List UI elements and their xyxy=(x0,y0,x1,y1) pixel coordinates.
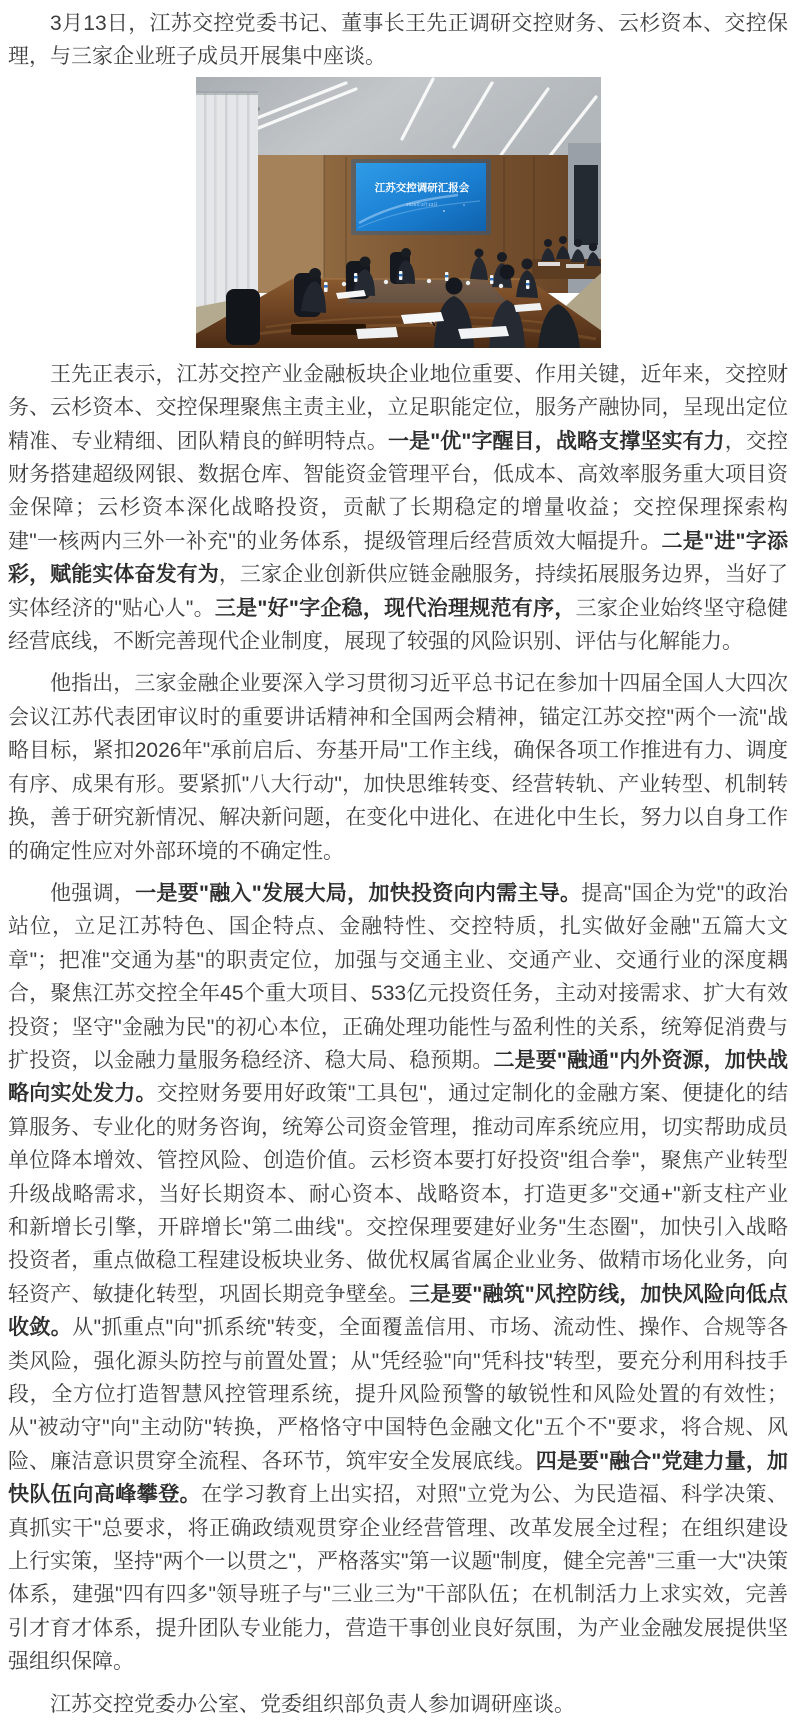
chair xyxy=(226,289,260,345)
paragraph-remarks: 王先正表示，江苏交控产业金融板块企业地位重要、作用关键，近年来，交控财务、云杉资… xyxy=(8,358,788,659)
window-curtain xyxy=(196,91,258,307)
meeting-photo-illustration: 江苏交控调研汇报会 2026年3月13日 xyxy=(196,77,601,348)
papers-on-credenza xyxy=(538,262,560,266)
text-run: 江苏交控党委办公室、党委组织部负责人参加调研座谈。 xyxy=(50,1693,575,1716)
emphasis-run: 三是"好"字企稳，现代治理规范有序， xyxy=(215,597,576,620)
paragraph-pointed-out: 他指出，三家金融企业要深入学习贯彻习近平总书记在参加十四届全国人大四次会议江苏代… xyxy=(8,667,788,867)
emphasis-run: 一是"优"字醒目，战略支撑坚实有力 xyxy=(388,430,725,453)
paragraph-intro: 3月13日，江苏交控党委书记、董事长王先正调研交控财务、云杉资本、交控保理，与三… xyxy=(8,7,788,74)
paragraph-closing: 江苏交控党委办公室、党委组织部负责人参加调研座谈。 xyxy=(8,1688,788,1721)
table-vent xyxy=(291,324,366,335)
presentation-screen: 江苏交控调研汇报会 2026年3月13日 xyxy=(351,159,491,235)
emphasis-run: 一是要"融入"发展大局，加快投资向内需主导。 xyxy=(135,882,581,905)
article-page: 3月13日，江苏交控党委书记、董事长王先正调研交控财务、云杉资本、交控保理，与三… xyxy=(0,0,796,1727)
text-run: 提高"国企为党"的政治站位，立足江苏特色、国企特点、金融特性、交控特质，扎实做好… xyxy=(8,882,788,1072)
text-run: 他指出，三家金融企业要深入学习贯彻习近平总书记在参加十四届全国人大四次会议江苏代… xyxy=(8,672,788,862)
paragraph-emphasized: 他强调，一是要"融入"发展大局，加快投资向内需主导。提高"国企为党"的政治站位，… xyxy=(8,877,788,1679)
text-run: 3月13日，江苏交控党委书记、董事长王先正调研交控财务、云杉资本、交控保理，与三… xyxy=(8,12,788,68)
text-run: 他强调， xyxy=(50,882,135,905)
text-run: 交控财务要用好政策"工具包"，通过定制化的金融方案、便捷化的结算服务、专业化的财… xyxy=(8,1082,788,1305)
person-head xyxy=(309,268,321,280)
screen-title: 江苏交控调研汇报会 xyxy=(373,181,469,194)
text-run: 在学习教育上出实招，对照"立党为公、为民造福、科学决策、真抓实干"总要求，将正确… xyxy=(8,1483,788,1673)
wall-glass-panel xyxy=(574,165,598,245)
screen-date: 2026年3月13日 xyxy=(406,201,438,208)
meeting-photo: 江苏交控调研汇报会 2026年3月13日 xyxy=(196,77,601,348)
paper xyxy=(356,327,398,339)
